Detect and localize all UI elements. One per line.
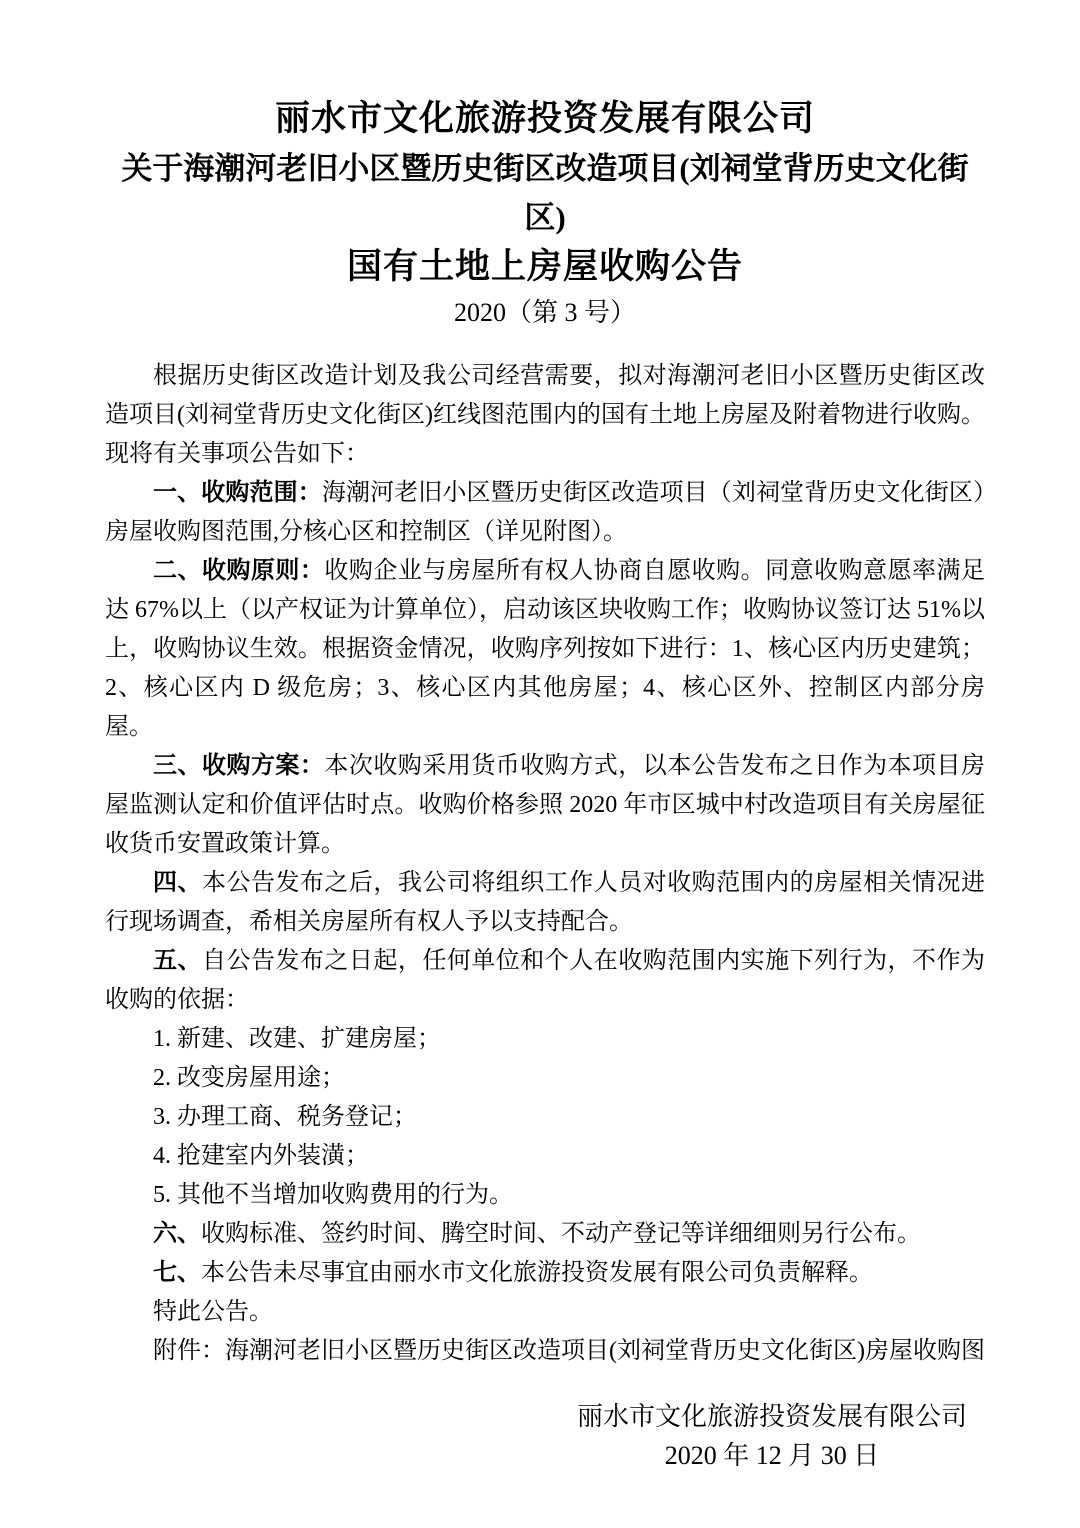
document-body: 根据历史街区改造计划及我公司经营需要，拟对海潮河老旧小区暨历史街区改造项目(刘祠…: [105, 357, 985, 1371]
section-5-text: 自公告发布之日起，任何单位和个人在收购范围内实施下列行为，不作为收购的依据：: [105, 948, 985, 1013]
doc-title-line-1: 丽水市文化旅游投资发展有限公司: [105, 94, 985, 144]
list-item-5: 5. 其他不当增加收购费用的行为。: [105, 1176, 985, 1215]
list-item-4: 4. 抢建室内外装潢；: [105, 1137, 985, 1176]
signature-inner: 丽水市文化旅游投资发展有限公司 2020 年 12 月 30 日: [577, 1397, 967, 1476]
section-7-label: 七、: [153, 1260, 201, 1286]
attachment-line: 附件：海潮河老旧小区暨历史街区改造项目(刘祠堂背历史文化街区)房屋收购图: [105, 1332, 985, 1371]
doc-number: 2020（第 3 号）: [105, 293, 985, 333]
section-5-label: 五、: [153, 948, 202, 974]
section-4-label: 四、: [153, 870, 202, 896]
section-4-text: 本公告发布之后，我公司将组织工作人员对收购范围内的房屋相关情况进行现场调查，希相…: [105, 870, 985, 935]
section-6-label: 六、: [153, 1221, 201, 1247]
intro-text: 根据历史街区改造计划及我公司经营需要，拟对海潮河老旧小区暨历史街区改造项目(刘祠…: [105, 363, 985, 467]
doc-title-line-3: 国有土地上房屋收购公告: [105, 242, 985, 291]
document-page: 丽水市文化旅游投资发展有限公司 关于海潮河老旧小区暨历史街区改造项目(刘祠堂背历…: [0, 0, 1080, 1528]
section-7-text: 本公告未尽事宜由丽水市文化旅游投资发展有限公司负责解释。: [201, 1260, 873, 1286]
section-6: 六、收购标准、签约时间、腾空时间、不动产登记等详细细则另行公布。: [105, 1215, 985, 1254]
section-4: 四、本公告发布之后，我公司将组织工作人员对收购范围内的房屋相关情况进行现场调查，…: [105, 864, 985, 942]
closing-line: 特此公告。: [105, 1293, 985, 1332]
section-6-text: 收购标准、签约时间、腾空时间、不动产登记等详细细则另行公布。: [201, 1221, 921, 1247]
section-2: 二、收购原则：收购企业与房屋所有权人协商自愿收购。同意收购意愿率满足达 67%以…: [105, 552, 985, 747]
intro-paragraph: 根据历史街区改造计划及我公司经营需要，拟对海潮河老旧小区暨历史街区改造项目(刘祠…: [105, 357, 985, 474]
section-5: 五、自公告发布之日起，任何单位和个人在收购范围内实施下列行为，不作为收购的依据：: [105, 942, 985, 1020]
section-2-label: 二、收购原则：: [153, 558, 324, 584]
section-7: 七、本公告未尽事宜由丽水市文化旅游投资发展有限公司负责解释。: [105, 1254, 985, 1293]
section-3: 三、收购方案：本次收购采用货币收购方式，以本公告发布之日作为本项目房屋监测认定和…: [105, 747, 985, 864]
signature-company: 丽水市文化旅游投资发展有限公司: [577, 1397, 967, 1436]
list-item-3: 3. 办理工商、税务登记；: [105, 1098, 985, 1137]
doc-title-line-2: 关于海潮河老旧小区暨历史街区改造项目(刘祠堂背历史文化街区): [105, 144, 985, 242]
section-1: 一、收购范围：海潮河老旧小区暨历史街区改造项目（刘祠堂背历史文化街区）房屋收购图…: [105, 474, 985, 552]
signature-block: 丽水市文化旅游投资发展有限公司 2020 年 12 月 30 日: [105, 1397, 985, 1476]
list-item-2: 2. 改变房屋用途；: [105, 1059, 985, 1098]
list-item-1: 1. 新建、改建、扩建房屋；: [105, 1020, 985, 1059]
section-1-label: 一、收购范围：: [153, 480, 322, 506]
section-2-text: 收购企业与房屋所有权人协商自愿收购。同意收购意愿率满足达 67%以上（以产权证为…: [105, 558, 985, 740]
signature-date: 2020 年 12 月 30 日: [577, 1436, 967, 1476]
section-3-label: 三、收购方案：: [153, 753, 324, 779]
